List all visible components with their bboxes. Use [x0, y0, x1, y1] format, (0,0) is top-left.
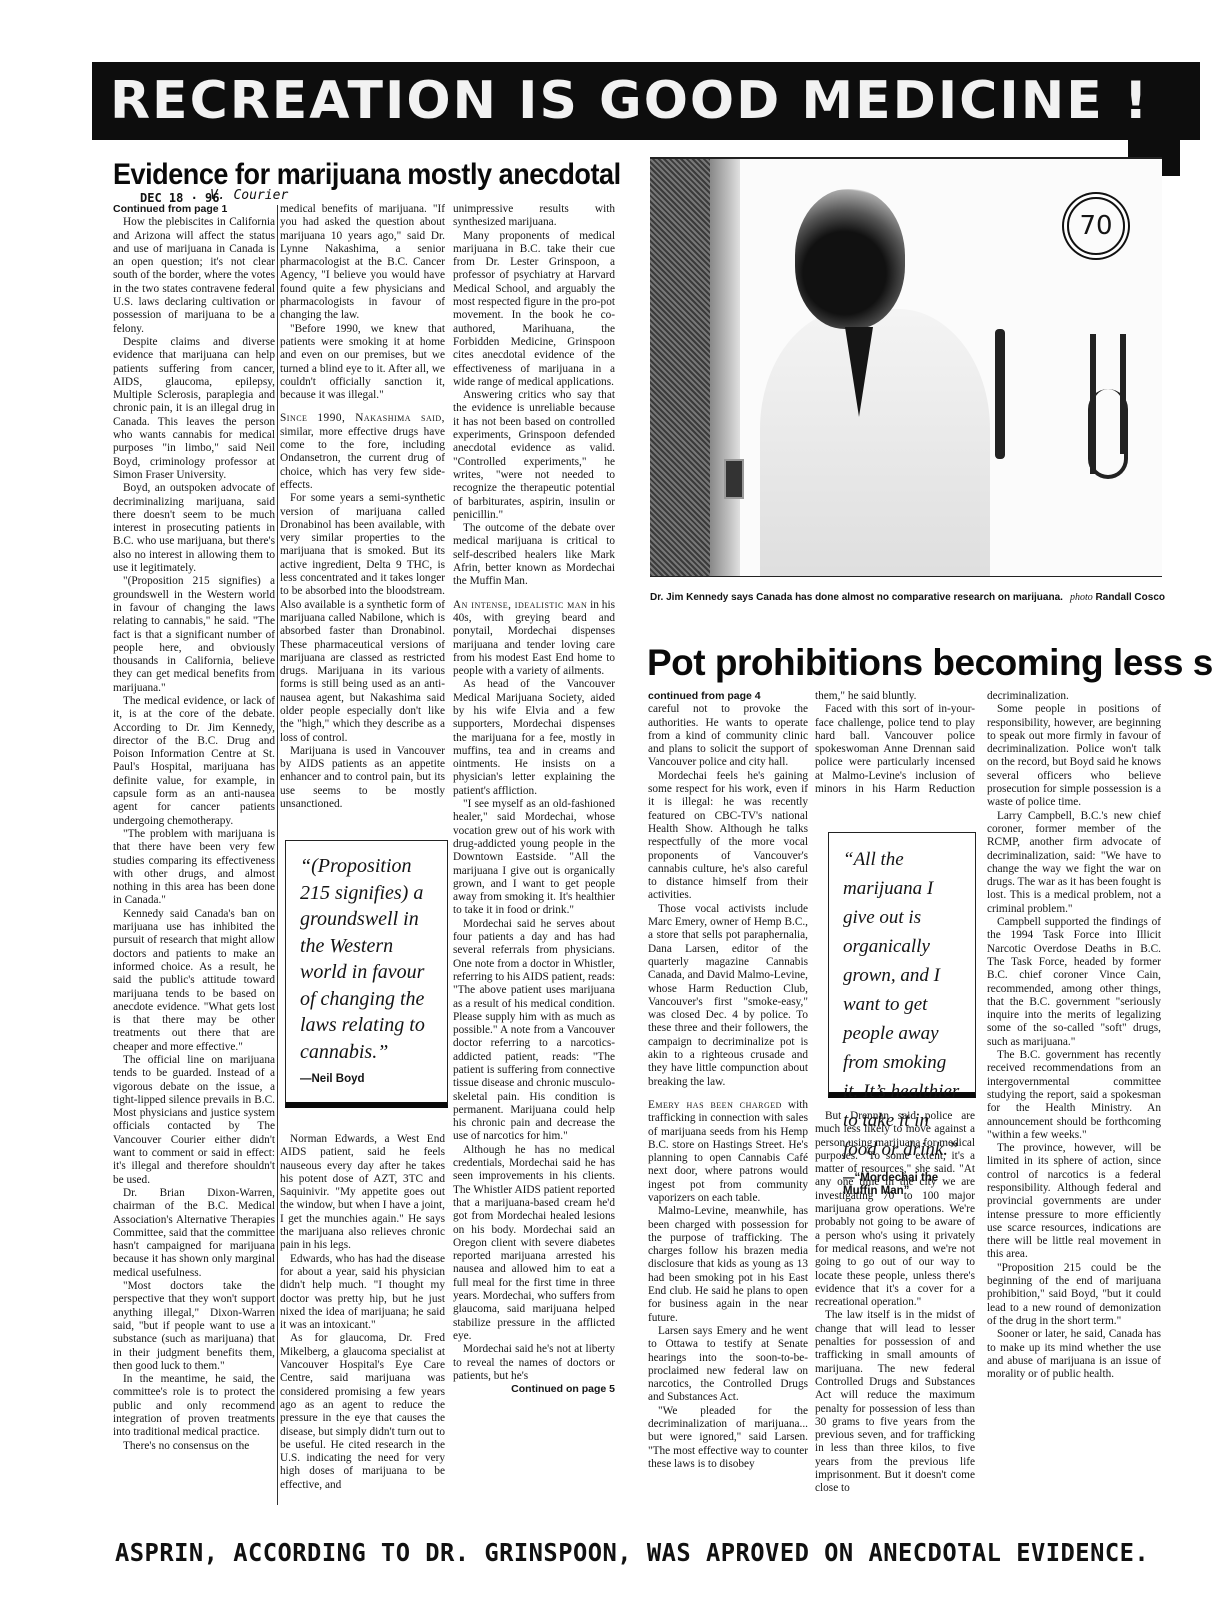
circled-number: 70 — [1067, 197, 1125, 255]
caption-text: Dr. Jim Kennedy says Canada has done alm… — [650, 592, 1063, 603]
section-text: with trafficking in connection with sale… — [648, 1099, 808, 1204]
paragraph: careful not to provoke the authorities. … — [648, 703, 808, 769]
paragraph: Boyd, an outspoken advocate of decrimina… — [113, 482, 275, 575]
pull-quote-mordechai: “All the marijuana I give out is organic… — [828, 832, 976, 1098]
paragraph: Malmo-Levine, meanwhile, has been charge… — [648, 1205, 808, 1325]
paragraph: decriminalization. — [987, 690, 1161, 703]
paragraph: Larsen says Emery and he went to Ottawa … — [648, 1325, 808, 1405]
paragraph: As for glaucoma, Dr. Fred Mikelberg, a g… — [280, 1332, 445, 1492]
article1-headline: Evidence for marijuana mostly anecdotal — [113, 158, 621, 192]
column-rule — [277, 205, 278, 1505]
paragraph: "Most doctors take the perspective that … — [113, 1280, 275, 1373]
paragraph: Sooner or later, he said, Canada has to … — [987, 1328, 1161, 1381]
article1-column-2-continued: Norman Edwards, a West End AIDS patient,… — [280, 1133, 445, 1505]
article2-column-3: decriminalization. Some people in positi… — [987, 690, 1161, 1505]
pull-quote-text: “(Proposition 215 signifies) a groundswe… — [300, 853, 437, 1065]
credit-label: photo — [1070, 592, 1093, 603]
paragraph: How the plebiscites in California and Ar… — [113, 216, 275, 336]
paragraph: "The problem with marijuana is that ther… — [113, 828, 275, 908]
paragraph: The outcome of the debate over medical m… — [453, 522, 615, 588]
paragraph: them," he said bluntly. — [815, 690, 975, 703]
credit-name: Randall Cosco — [1096, 592, 1165, 603]
article2-kicker: continued from page 4 — [648, 690, 808, 703]
paragraph: The official line on marijuana tends to … — [113, 1054, 275, 1187]
article1-column-1: Continued from page 1 How the plebiscite… — [113, 203, 275, 1505]
paragraph: The law itself is in the midst of change… — [815, 1309, 975, 1495]
handwritten-footer-note: ASPRIN, ACCORDING TO DR. GRINSPOON, WAS … — [115, 1538, 1149, 1567]
paragraph: Marijuana is used in Vancouver by AIDS p… — [280, 745, 445, 811]
article2-column-2-continued: But Drennan said police are much less li… — [815, 1110, 975, 1505]
section-paragraph: An intense, idealistic man in his 40s, w… — [453, 599, 615, 679]
section-lead: An intense, idealistic man — [453, 599, 587, 611]
section-lead: Since 1990, Nakashima said, — [280, 412, 445, 424]
article1-column-2: medical benefits of marijuana. "If you h… — [280, 203, 445, 828]
paragraph: "(Proposition 215 signifies) a groundswe… — [113, 575, 275, 695]
section-lead: Emery has been charged — [648, 1099, 782, 1111]
paragraph: Answering critics who say that the evide… — [453, 389, 615, 522]
handwritten-source: V. Courier — [210, 188, 288, 203]
paragraph: "I see myself as an old-fashioned healer… — [453, 798, 615, 918]
section-text: similar, more effective drugs have come … — [280, 426, 445, 491]
paragraph: Mordechai said he serves about four pati… — [453, 918, 615, 1144]
paragraph: The B.C. government has recently receive… — [987, 1049, 1161, 1142]
paragraph: Some people in positions of responsibili… — [987, 703, 1161, 809]
paragraph: Larry Campbell, B.C.'s new chief coroner… — [987, 810, 1161, 916]
article2-headline: Pot prohibitions becoming less strict — [647, 642, 1213, 684]
paragraph: Norman Edwards, a West End AIDS patient,… — [280, 1133, 445, 1253]
paragraph: "Before 1990, we knew that patients were… — [280, 323, 445, 403]
paragraph: Dr. Brian Dixon-Warren, chairman of the … — [113, 1187, 275, 1280]
paragraph: Edwards, who has had the disease for abo… — [280, 1253, 445, 1333]
paragraph: Kennedy said Canada's ban on marijuana u… — [113, 908, 275, 1054]
paragraph: Mordechai feels he's gaining some respec… — [648, 770, 808, 903]
section-paragraph: Emery has been charged with trafficking … — [648, 1099, 808, 1205]
paragraph: Despite claims and diverse evidence that… — [113, 336, 275, 482]
paragraph: Campbell supported the findings of the 1… — [987, 916, 1161, 1049]
paragraph: But Drennan said police are much less li… — [815, 1110, 975, 1309]
pull-quote-boyd: “(Proposition 215 signifies) a groundswe… — [285, 840, 448, 1108]
continued-on-page: Continued on page 5 — [453, 1383, 615, 1396]
paragraph: For some years a semi-synthetic version … — [280, 492, 445, 745]
paragraph: The medical evidence, or lack of it, is … — [113, 695, 275, 828]
paragraph: There's no consensus on the — [113, 1440, 275, 1453]
paragraph: "Proposition 215 could be the beginning … — [987, 1262, 1161, 1328]
article2-column-2: them," he said bluntly. Faced with this … — [815, 690, 975, 794]
paragraph: Mordechai said he's not at liberty to re… — [453, 1343, 615, 1383]
article1-column-3: unimpressive results with synthesized ma… — [453, 203, 615, 1505]
banner-title: RECREATION IS GOOD MEDICINE ! — [92, 62, 1200, 140]
paragraph: Although he has no medical credentials, … — [453, 1144, 615, 1343]
paragraph: "We pleaded for the decriminalization of… — [648, 1405, 808, 1471]
pull-quote-attribution: —Neil Boyd — [300, 1073, 437, 1086]
paragraph: The province, however, will be limited i… — [987, 1142, 1161, 1262]
paragraph: medical benefits of marijuana. "If you h… — [280, 203, 445, 323]
photo-caption: Dr. Jim Kennedy says Canada has done alm… — [650, 592, 1165, 603]
photo-credit: photo Randall Cosco — [1070, 592, 1165, 603]
paragraph: Those vocal activists include Marc Emery… — [648, 903, 808, 1089]
article2-column-1: continued from page 4 careful not to pro… — [648, 690, 808, 1505]
paragraph: As head of the Vancouver Medical Marijua… — [453, 678, 615, 798]
section-paragraph: Since 1990, Nakashima said, similar, mor… — [280, 412, 445, 492]
paragraph: Faced with this sort of in-your-face cha… — [815, 703, 975, 794]
paragraph: unimpressive results with synthesized ma… — [453, 203, 615, 230]
paragraph: In the meantime, he said, the committee'… — [113, 1373, 275, 1439]
article1-kicker: Continued from page 1 — [113, 203, 275, 216]
paragraph: Many proponents of medical marijuana in … — [453, 230, 615, 390]
